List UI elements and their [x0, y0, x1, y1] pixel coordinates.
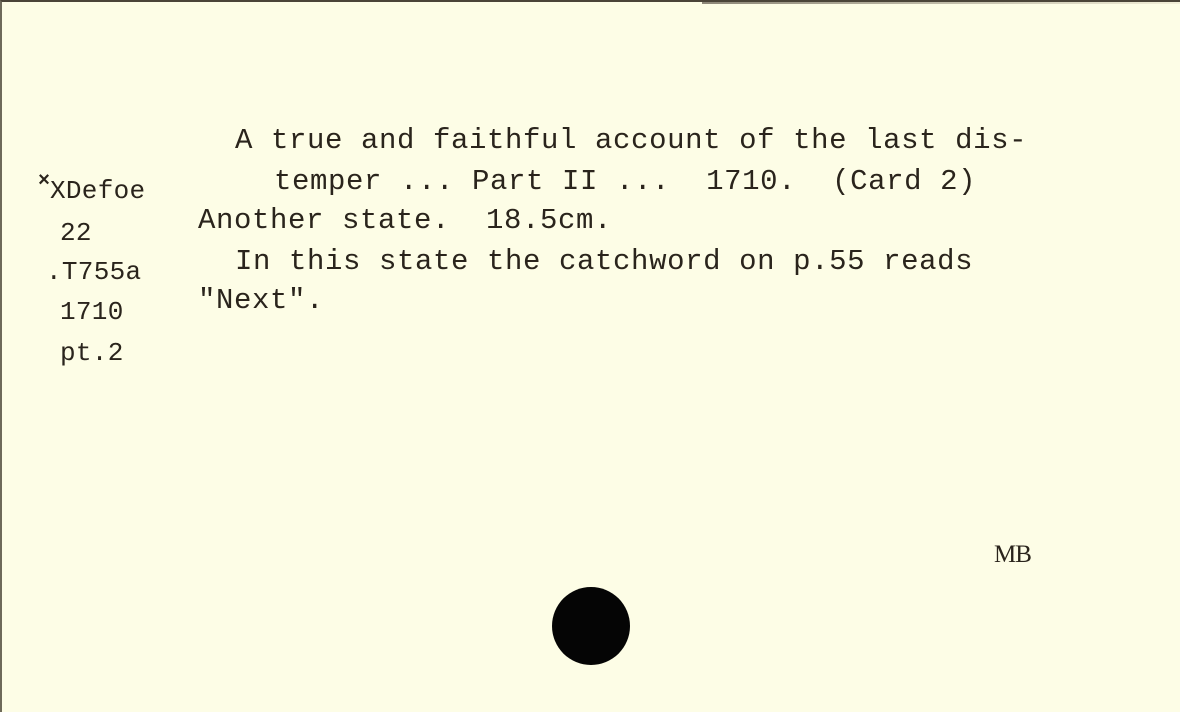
call-number-line-5: pt.2 — [60, 340, 124, 366]
note-line-2: "Next". — [198, 286, 324, 315]
call-number-line-4: 1710 — [60, 299, 124, 325]
call-number-mark: × — [38, 172, 50, 192]
description-line: Another state. 18.5cm. — [198, 206, 612, 235]
card-edge — [702, 2, 1180, 4]
title-line-2: temper ... Part II ... 1710. (Card 2) — [274, 167, 976, 196]
note-line-1: In this state the catchword on p.55 read… — [235, 247, 973, 276]
cataloger-initials: MB — [994, 542, 1031, 567]
call-number-line-2: 22 — [60, 220, 92, 246]
call-number-line-3: .T755a — [46, 259, 141, 285]
title-line-1: A true and faithful account of the last … — [235, 126, 1027, 155]
catalog-card: × XDefoe 22 .T755a 1710 pt.2 A true and … — [0, 0, 1180, 712]
punch-hole-icon — [552, 587, 630, 665]
call-number-line-1: XDefoe — [50, 178, 145, 204]
